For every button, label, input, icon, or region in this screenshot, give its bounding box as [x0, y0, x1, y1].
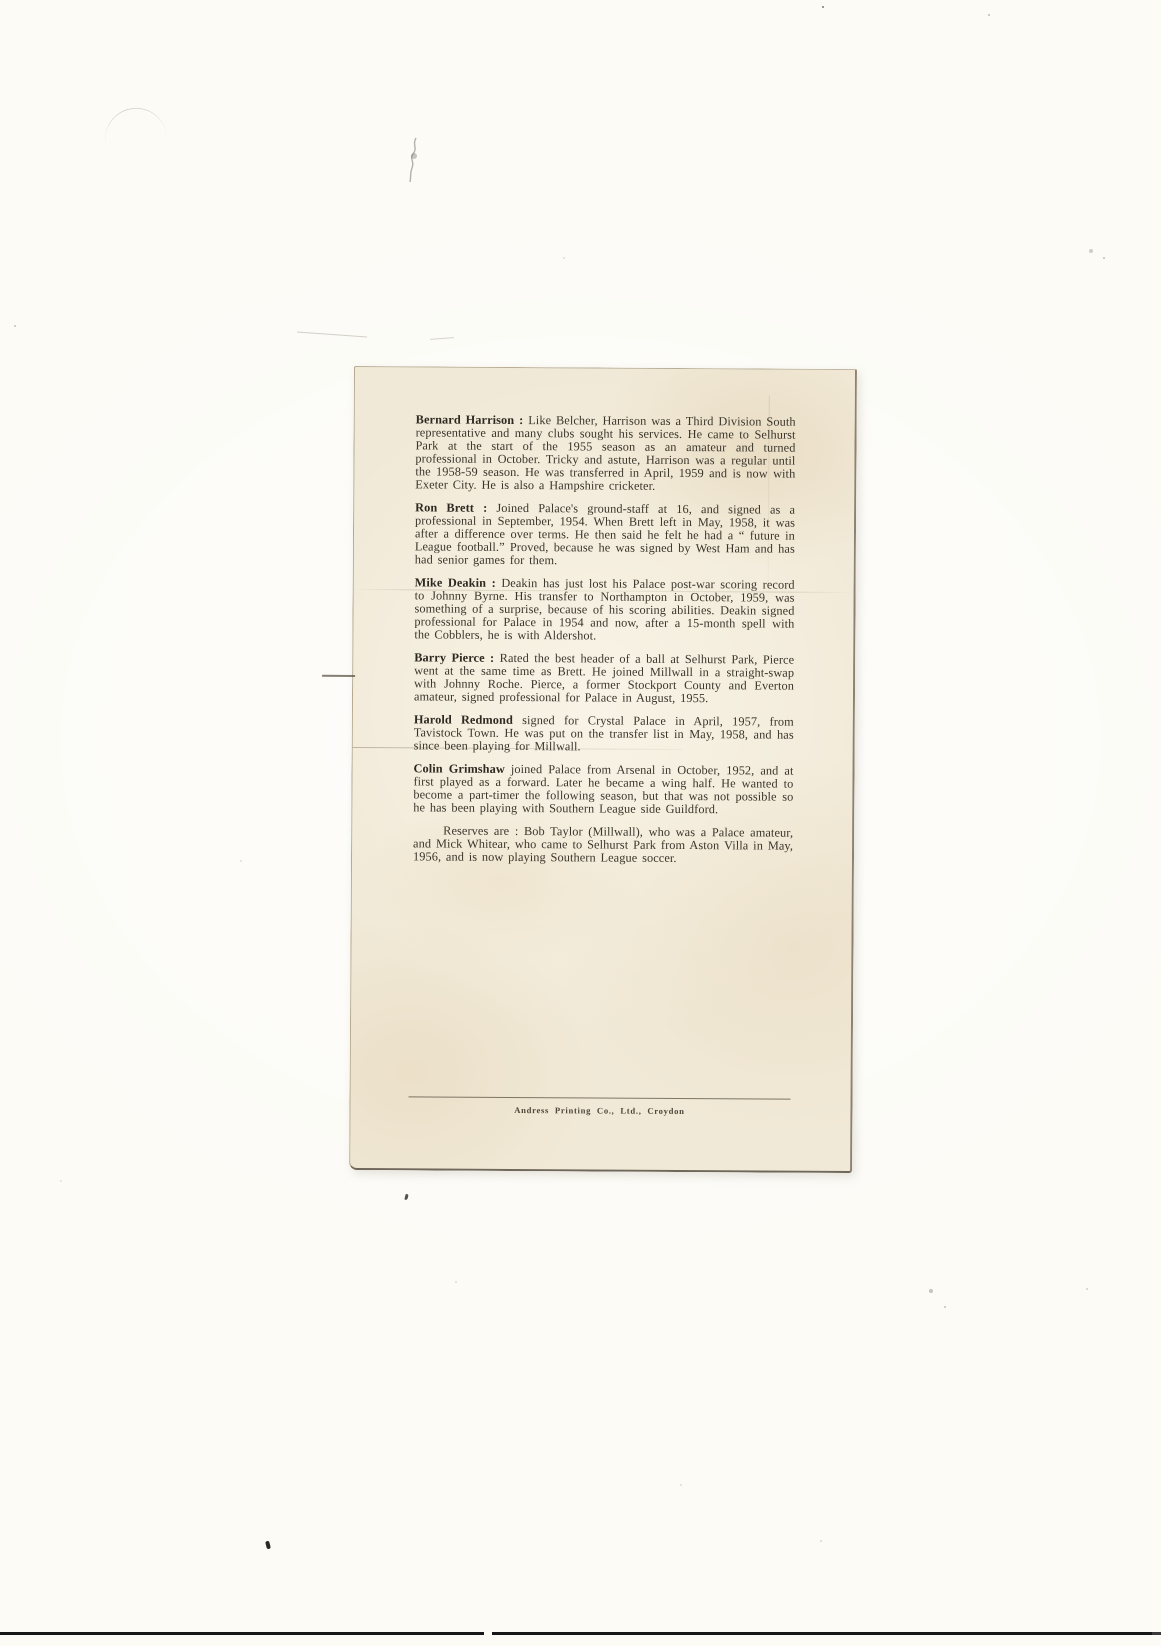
bio-barry-pierce: Barry Pierce : Rated the best header of …: [414, 651, 794, 705]
printer-credit-block: Andress Printing Co., Ltd., Croydon: [408, 1096, 790, 1116]
player-notes-text-block: Bernard Harrison : Like Belcher, Harriso…: [413, 413, 796, 875]
ink-blot-bottom-left: [265, 1541, 271, 1550]
reserves-paragraph: Reserves are : Bob Taylor (Millwall), wh…: [413, 824, 793, 865]
scratch-mark-above-page-small: [430, 337, 454, 340]
reserves-text: Reserves are : Bob Taylor (Millwall), wh…: [413, 824, 793, 865]
pen-dash-left-edge: [322, 675, 355, 677]
programme-back-page: Bernard Harrison : Like Belcher, Harriso…: [349, 366, 857, 1173]
scanned-sheet-background: Bernard Harrison : Like Belcher, Harriso…: [0, 0, 1161, 1646]
bio-bernard-harrison: Bernard Harrison : Like Belcher, Harriso…: [415, 413, 795, 493]
bio-body: Like Belcher, Harrison was a Third Divis…: [415, 413, 795, 493]
bio-harold-redmond: Harold Redmond signed for Crystal Palace…: [414, 713, 794, 754]
scanner-edge-line: [0, 1632, 1161, 1635]
scratch-mark-top-left: [101, 103, 168, 147]
scratch-mark-above-page: [297, 332, 367, 338]
pencil-squiggle-mark: [402, 136, 428, 184]
dust-specks: [0, 0, 2, 2]
bio-mike-deakin: Mike Deakin : Deakin has just lost his P…: [414, 576, 794, 643]
ink-speck-below-page: [404, 1194, 408, 1200]
bio-colin-grimshaw: Colin Grimshaw joined Palace from Arsena…: [413, 762, 793, 816]
bio-ron-brett: Ron Brett : Joined Palace's ground-staff…: [415, 501, 795, 568]
printer-credit: Andress Printing Co., Ltd., Croydon: [408, 1104, 790, 1116]
